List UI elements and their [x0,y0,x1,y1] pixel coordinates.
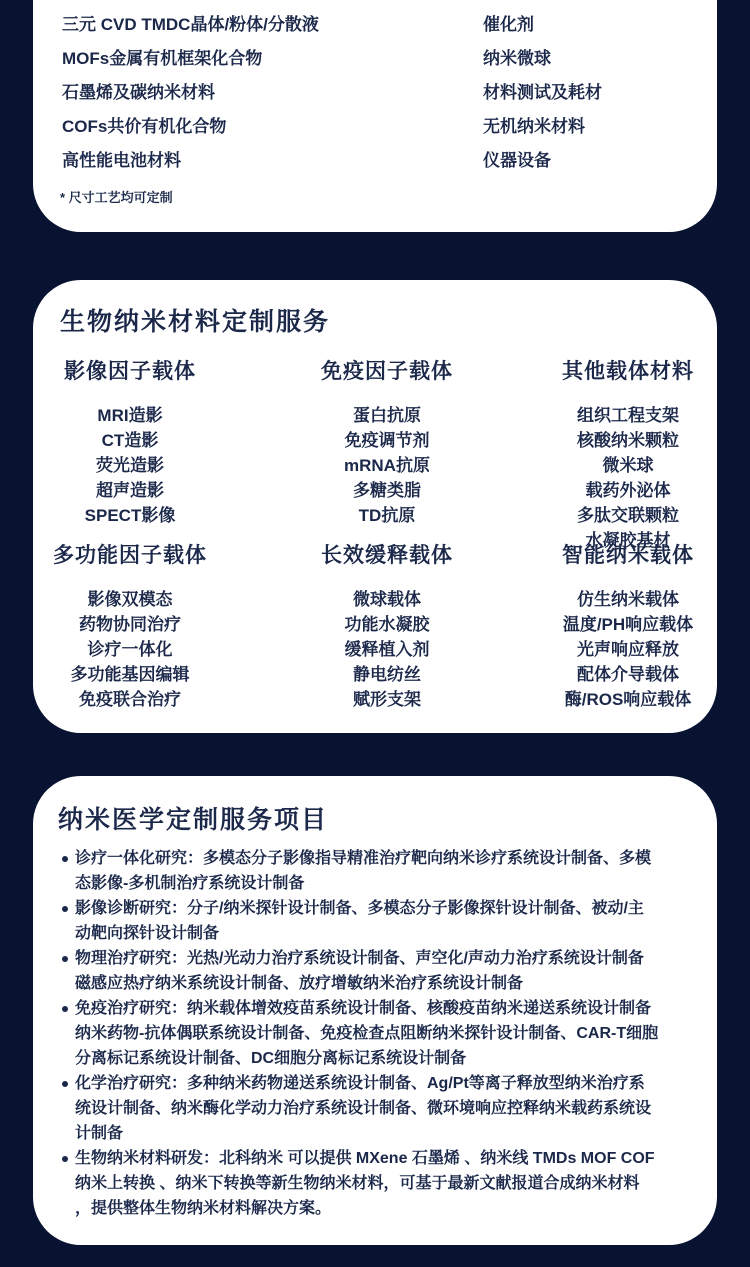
column-items: 微球载体 功能水凝胶 缓释植入剂 静电纺丝 赋形支架 [297,587,477,712]
list-item: 赋形支架 [297,687,477,712]
list-item: 多功能基因编辑 [40,662,220,687]
product-item: 仪器设备 [483,151,551,171]
page-background: 三元 CVD TMDC晶体/粉体/分散液 催化剂 MOFs金属有机框架化合物 纳… [0,0,750,1267]
list-item: 荧光造影 [40,453,220,478]
bullet-item: 物理治疗研究：光热/光动力治疗系统设计制备、声空化/声动力治疗系统设计制备 磁感… [62,946,710,996]
list-item: 光声响应释放 [538,637,718,662]
medical-card-title: 纳米医学定制服务项目 [58,806,328,834]
bullet-dot-icon [62,1006,68,1012]
list-item: 免疫联合治疗 [40,687,220,712]
list-item: 配体介导载体 [538,662,718,687]
bullet-dot-icon [62,1081,68,1087]
bullet-text: 影像诊断研究：分子/纳米探针设计制备、多模态分子影像探针设计制备、被动/主 动靶… [75,896,710,946]
product-item: 高性能电池材料 [62,151,701,171]
list-item: 核酸纳米颗粒 [538,428,718,453]
column-header: 免疫因子载体 [297,361,477,383]
bullet-line: 磁感应热疗纳米系统设计制备、放疗增敏纳米治疗系统设计制备 [75,971,710,996]
product-item: 无机纳米材料 [483,117,585,137]
bullet-line: 统设计制备、纳米酶化学动力治疗系统设计制备、微环境响应控释纳米载药系统设 [75,1096,710,1121]
medical-card: 纳米医学定制服务项目 诊疗一体化研究：多模态分子影像指导精准治疗靶向纳米诊疗系统… [33,776,717,1245]
list-item: CT造影 [40,428,220,453]
bullet-text: 化学治疗研究：多种纳米药物递送系统设计制备、Ag/Pt等离子释放型纳米治疗系 统… [75,1071,710,1146]
bullet-item: 影像诊断研究：分子/纳米探针设计制备、多模态分子影像探针设计制备、被动/主 动靶… [62,896,710,946]
bullet-dot-icon [62,856,68,862]
product-item: COFs共价有机化合物 [62,117,701,137]
bullet-dot-icon [62,1156,68,1162]
column-items: 影像双模态 药物协同治疗 诊疗一体化 多功能基因编辑 免疫联合治疗 [40,587,220,712]
list-item: 影像双模态 [40,587,220,612]
product-item: 催化剂 [483,15,534,35]
product-item: 纳米微球 [483,49,551,69]
product-item: 材料测试及耗材 [483,83,602,103]
bullet-line: 态影像-多机制治疗系统设计制备 [75,871,710,896]
list-item: mRNA抗原 [297,453,477,478]
list-item: 仿生纳米载体 [538,587,718,612]
column-header: 长效缓释载体 [297,545,477,567]
bullet-dot-icon [62,906,68,912]
bullet-text: 免疫治疗研究：纳米载体增效疫苗系统设计制备、核酸疫苗纳米递送系统设计制备 纳米药… [75,996,710,1071]
list-item: 多肽交联颗粒 [538,503,718,528]
bullet-line: 计制备 [75,1121,710,1146]
column-header: 影像因子载体 [40,361,220,383]
products-card: 三元 CVD TMDC晶体/粉体/分散液 催化剂 MOFs金属有机框架化合物 纳… [33,0,717,232]
bullet-text: 生物纳米材料研发：北科纳米 可以提供 MXene 石墨烯 、纳米线 TMDs M… [75,1146,710,1221]
product-list: 三元 CVD TMDC晶体/粉体/分散液 催化剂 MOFs金属有机框架化合物 纳… [62,15,701,185]
bio-card-title: 生物纳米材料定制服务 [60,308,330,336]
list-item: 蛋白抗原 [297,403,477,428]
bullet-item: 诊疗一体化研究：多模态分子影像指导精准治疗靶向纳米诊疗系统设计制备、多模 态影像… [62,846,710,896]
bullet-item: 免疫治疗研究：纳米载体增效疫苗系统设计制备、核酸疫苗纳米递送系统设计制备 纳米药… [62,996,710,1071]
product-item: 三元 CVD TMDC晶体/粉体/分散液 [62,15,701,35]
bio-materials-card: 生物纳米材料定制服务 影像因子载体 MRI造影 CT造影 荧光造影 超声造影 S… [33,280,717,733]
service-bullet-list: 诊疗一体化研究：多模态分子影像指导精准治疗靶向纳米诊疗系统设计制备、多模 态影像… [62,846,710,1221]
carrier-column-other: 其他载体材料 组织工程支架 核酸纳米颗粒 微米球 载药外泌体 多肽交联颗粒 水凝… [538,361,718,553]
product-row: 三元 CVD TMDC晶体/粉体/分散液 催化剂 [62,15,701,49]
column-items: 仿生纳米载体 温度/PH响应载体 光声响应释放 配体介导载体 酶/ROS响应载体 [538,587,718,712]
list-item: 载药外泌体 [538,478,718,503]
list-item: 免疫调节剂 [297,428,477,453]
list-item: 药物协同治疗 [40,612,220,637]
bullet-line: 物理治疗研究：光热/光动力治疗系统设计制备、声空化/声动力治疗系统设计制备 [75,946,710,971]
list-item: 微米球 [538,453,718,478]
product-row: 石墨烯及碳纳米材料 材料测试及耗材 [62,83,701,117]
bullet-line: ，提供整体生物纳米材料解决方案。 [75,1196,710,1221]
bullet-item: 化学治疗研究：多种纳米药物递送系统设计制备、Ag/Pt等离子释放型纳米治疗系 统… [62,1071,710,1146]
list-item: 功能水凝胶 [297,612,477,637]
bullet-line: 分离标记系统设计制备、DC细胞分离标记系统设计制备 [75,1046,710,1071]
customization-footnote: * 尺寸工艺均可定制 [60,190,173,206]
list-item: 微球载体 [297,587,477,612]
bullet-item: 生物纳米材料研发：北科纳米 可以提供 MXene 石墨烯 、纳米线 TMDs M… [62,1146,710,1221]
bullet-dot-icon [62,956,68,962]
list-item: 组织工程支架 [538,403,718,428]
column-items: 蛋白抗原 免疫调节剂 mRNA抗原 多糖类脂 TD抗原 [297,403,477,528]
column-header: 多功能因子载体 [40,545,220,567]
bullet-line: 影像诊断研究：分子/纳米探针设计制备、多模态分子影像探针设计制备、被动/主 [75,896,710,921]
list-item: 静电纺丝 [297,662,477,687]
list-item: MRI造影 [40,403,220,428]
column-items: MRI造影 CT造影 荧光造影 超声造影 SPECT影像 [40,403,220,528]
bullet-line: 纳米药物-抗体偶联系统设计制备、免疫检查点阻断纳米探针设计制备、CAR-T细胞 [75,1021,710,1046]
list-item: 缓释植入剂 [297,637,477,662]
carrier-column-multifunction: 多功能因子载体 影像双模态 药物协同治疗 诊疗一体化 多功能基因编辑 免疫联合治… [40,545,220,712]
product-row: MOFs金属有机框架化合物 纳米微球 [62,49,701,83]
carrier-column-sustained-release: 长效缓释载体 微球载体 功能水凝胶 缓释植入剂 静电纺丝 赋形支架 [297,545,477,712]
list-item: SPECT影像 [40,503,220,528]
product-item: 石墨烯及碳纳米材料 [62,83,701,103]
bullet-line: 化学治疗研究：多种纳米药物递送系统设计制备、Ag/Pt等离子释放型纳米治疗系 [75,1071,710,1096]
column-items: 组织工程支架 核酸纳米颗粒 微米球 载药外泌体 多肽交联颗粒 水凝胶基材 [538,403,718,553]
list-item: TD抗原 [297,503,477,528]
bullet-text: 诊疗一体化研究：多模态分子影像指导精准治疗靶向纳米诊疗系统设计制备、多模 态影像… [75,846,710,896]
list-item: 多糖类脂 [297,478,477,503]
carrier-column-smart-nano: 智能纳米载体 仿生纳米载体 温度/PH响应载体 光声响应释放 配体介导载体 酶/… [538,545,718,712]
product-row: 高性能电池材料 仪器设备 [62,151,701,185]
bullet-text: 物理治疗研究：光热/光动力治疗系统设计制备、声空化/声动力治疗系统设计制备 磁感… [75,946,710,996]
column-header: 智能纳米载体 [538,545,718,567]
product-item: MOFs金属有机框架化合物 [62,49,701,69]
list-item: 诊疗一体化 [40,637,220,662]
product-row: COFs共价有机化合物 无机纳米材料 [62,117,701,151]
bullet-line: 纳米上转换 、纳米下转换等新生物纳米材料，可基于最新文献报道合成纳米材料 [75,1171,710,1196]
bullet-line: 动靶向探针设计制备 [75,921,710,946]
bullet-line: 免疫治疗研究：纳米载体增效疫苗系统设计制备、核酸疫苗纳米递送系统设计制备 [75,996,710,1021]
bullet-line: 生物纳米材料研发：北科纳米 可以提供 MXene 石墨烯 、纳米线 TMDs M… [75,1146,710,1171]
carrier-column-immune: 免疫因子载体 蛋白抗原 免疫调节剂 mRNA抗原 多糖类脂 TD抗原 [297,361,477,528]
bullet-line: 诊疗一体化研究：多模态分子影像指导精准治疗靶向纳米诊疗系统设计制备、多模 [75,846,710,871]
list-item: 温度/PH响应载体 [538,612,718,637]
carrier-column-imaging: 影像因子载体 MRI造影 CT造影 荧光造影 超声造影 SPECT影像 [40,361,220,528]
column-header: 其他载体材料 [538,361,718,383]
list-item: 超声造影 [40,478,220,503]
list-item: 酶/ROS响应载体 [538,687,718,712]
